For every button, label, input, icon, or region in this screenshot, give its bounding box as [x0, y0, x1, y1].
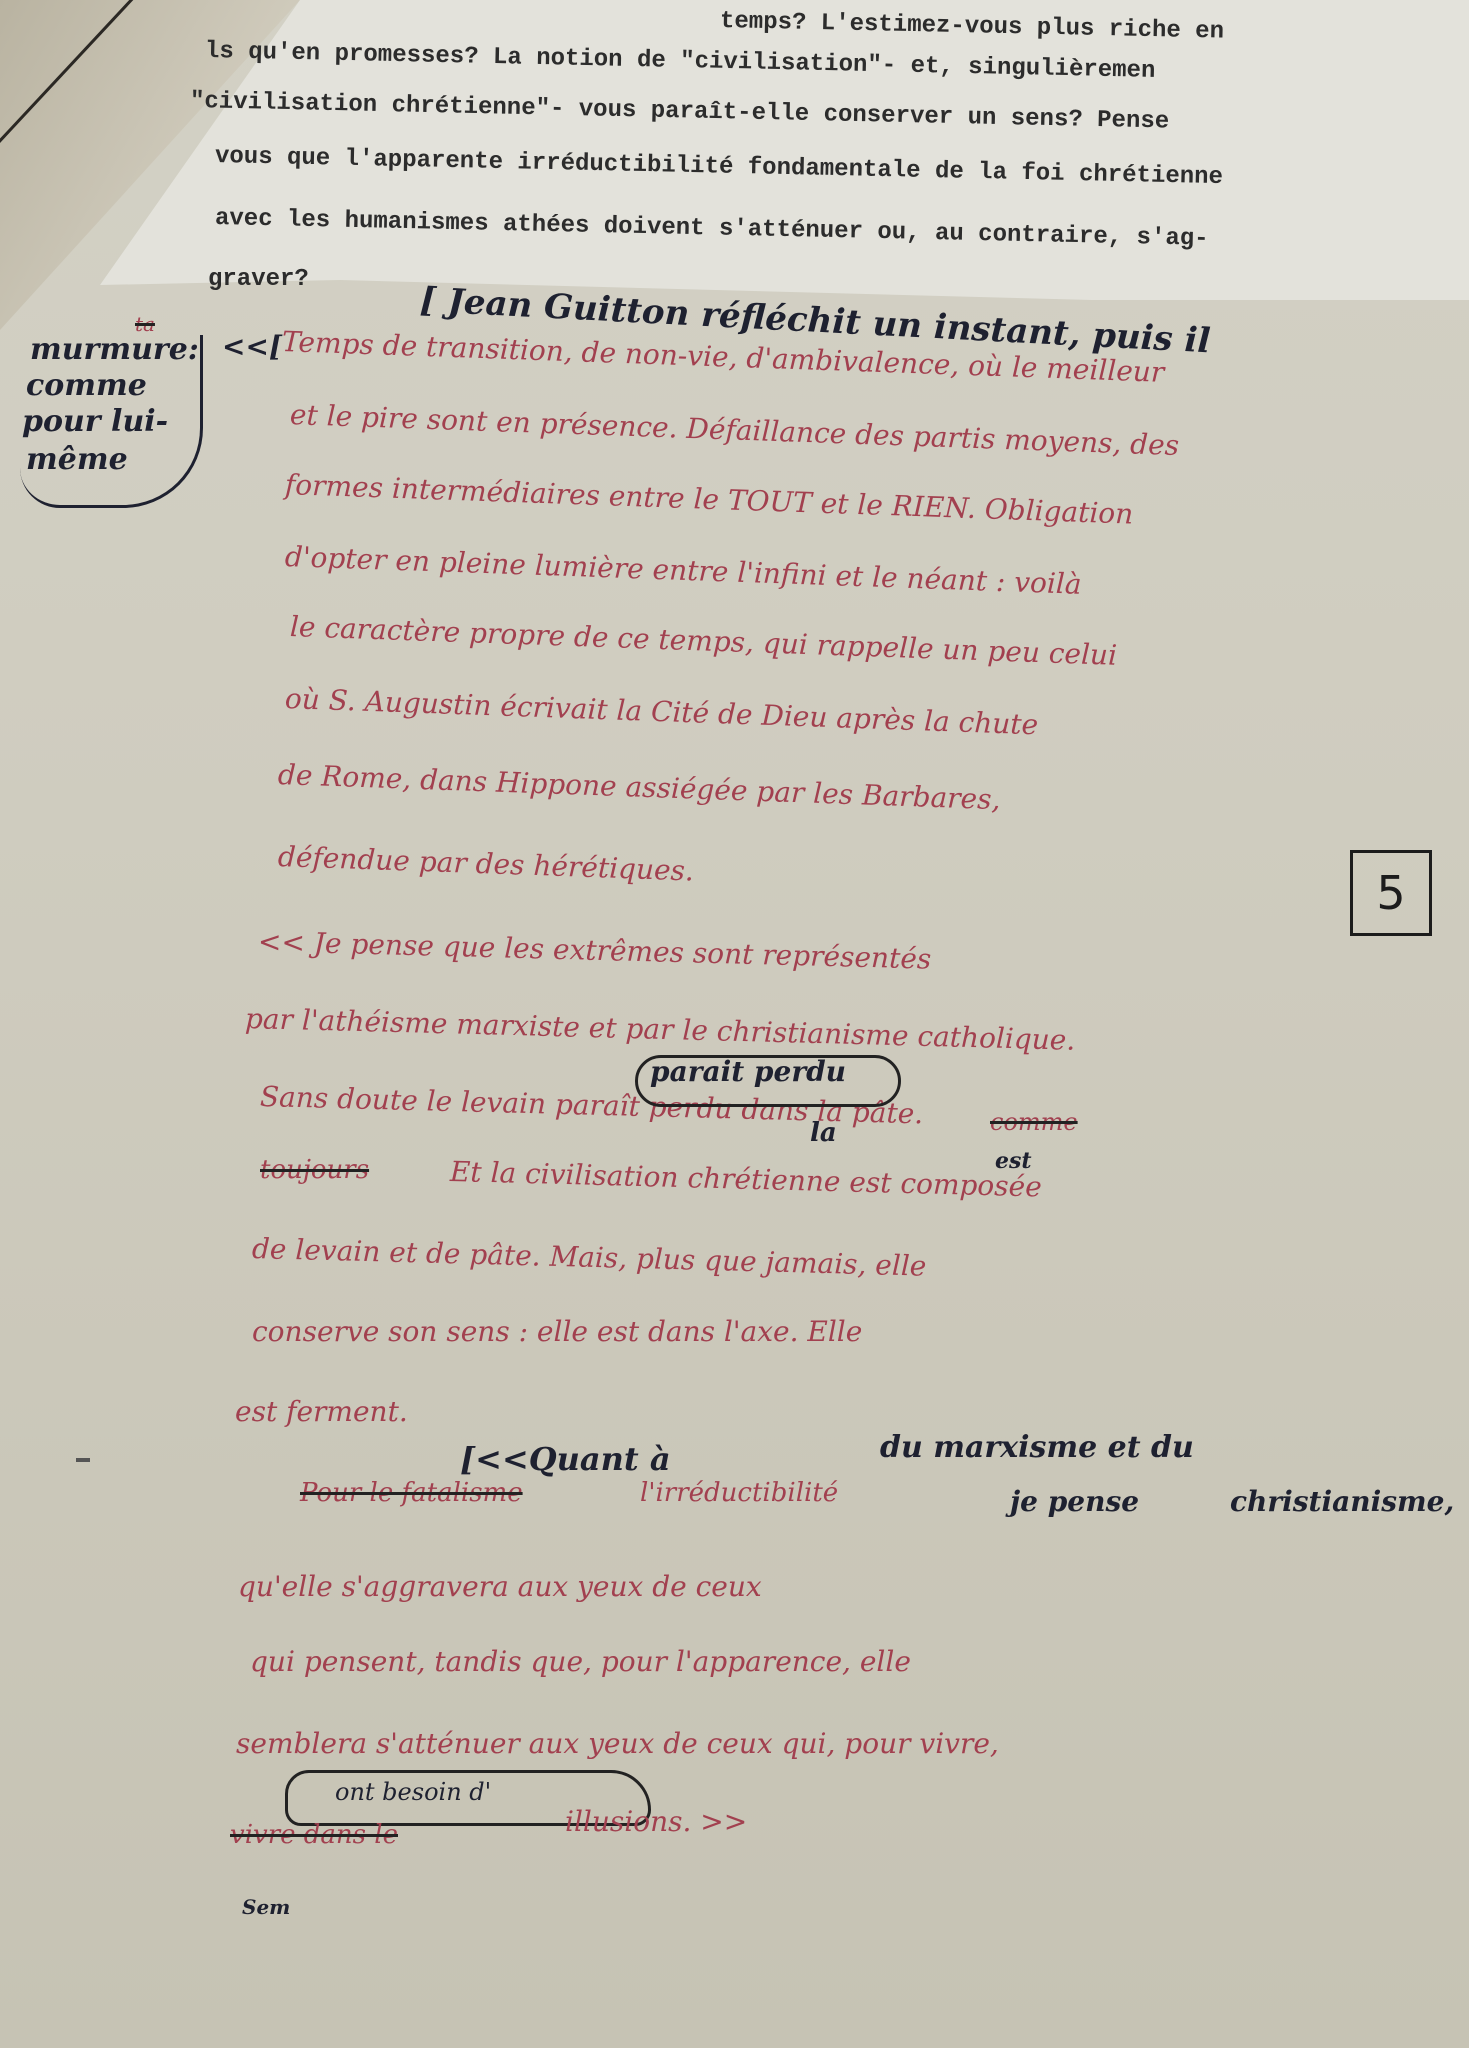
- struck-toujours: toujours: [260, 1155, 369, 1185]
- margin-mark: [76, 1458, 90, 1462]
- struck-comme: comme: [990, 1108, 1078, 1136]
- margin-connector-curve: [20, 335, 203, 508]
- insertion-parait-perdu: parait perdu: [650, 1055, 846, 1088]
- quote2-line-5: illusions. >>: [565, 1805, 747, 1838]
- quote2-line-4: semblera s'atténuer aux yeux de ceux qui…: [236, 1727, 999, 1760]
- quote1-line-7: est ferment.: [235, 1395, 408, 1428]
- insertion-est: est: [995, 1148, 1032, 1174]
- page-number-box: 5: [1350, 850, 1432, 936]
- quote2-line-3: qui pensent, tandis que, pour l'apparenc…: [250, 1645, 911, 1678]
- struck-pour-le: Pour le fatalisme: [300, 1478, 523, 1508]
- quote1-line-6: conserve son sens : elle est dans l'axe.…: [252, 1315, 862, 1348]
- footer-mark: Sem: [242, 1895, 290, 1919]
- typed-line-6: graver?: [208, 266, 309, 293]
- insertion-du-marxisme: du marxisme et du: [880, 1430, 1194, 1465]
- insertion-quant-a: [<<Quant à: [460, 1440, 671, 1478]
- insertion-christianisme: christianisme,: [1230, 1485, 1454, 1518]
- insertion-je-pense: je pense: [1010, 1485, 1139, 1518]
- quote2-irreductibilite: l'irréductibilité: [640, 1478, 838, 1508]
- insertion-ont-besoin: ont besoin d': [335, 1778, 491, 1806]
- open-quote-bracket: <<[: [222, 330, 282, 363]
- page-number: 5: [1376, 866, 1405, 920]
- struck-vivre-dans: vivre dans le: [230, 1820, 398, 1850]
- insertion-la: la: [810, 1118, 837, 1148]
- quote2-line-2: qu'elle s'aggravera aux yeux de ceux: [238, 1570, 762, 1603]
